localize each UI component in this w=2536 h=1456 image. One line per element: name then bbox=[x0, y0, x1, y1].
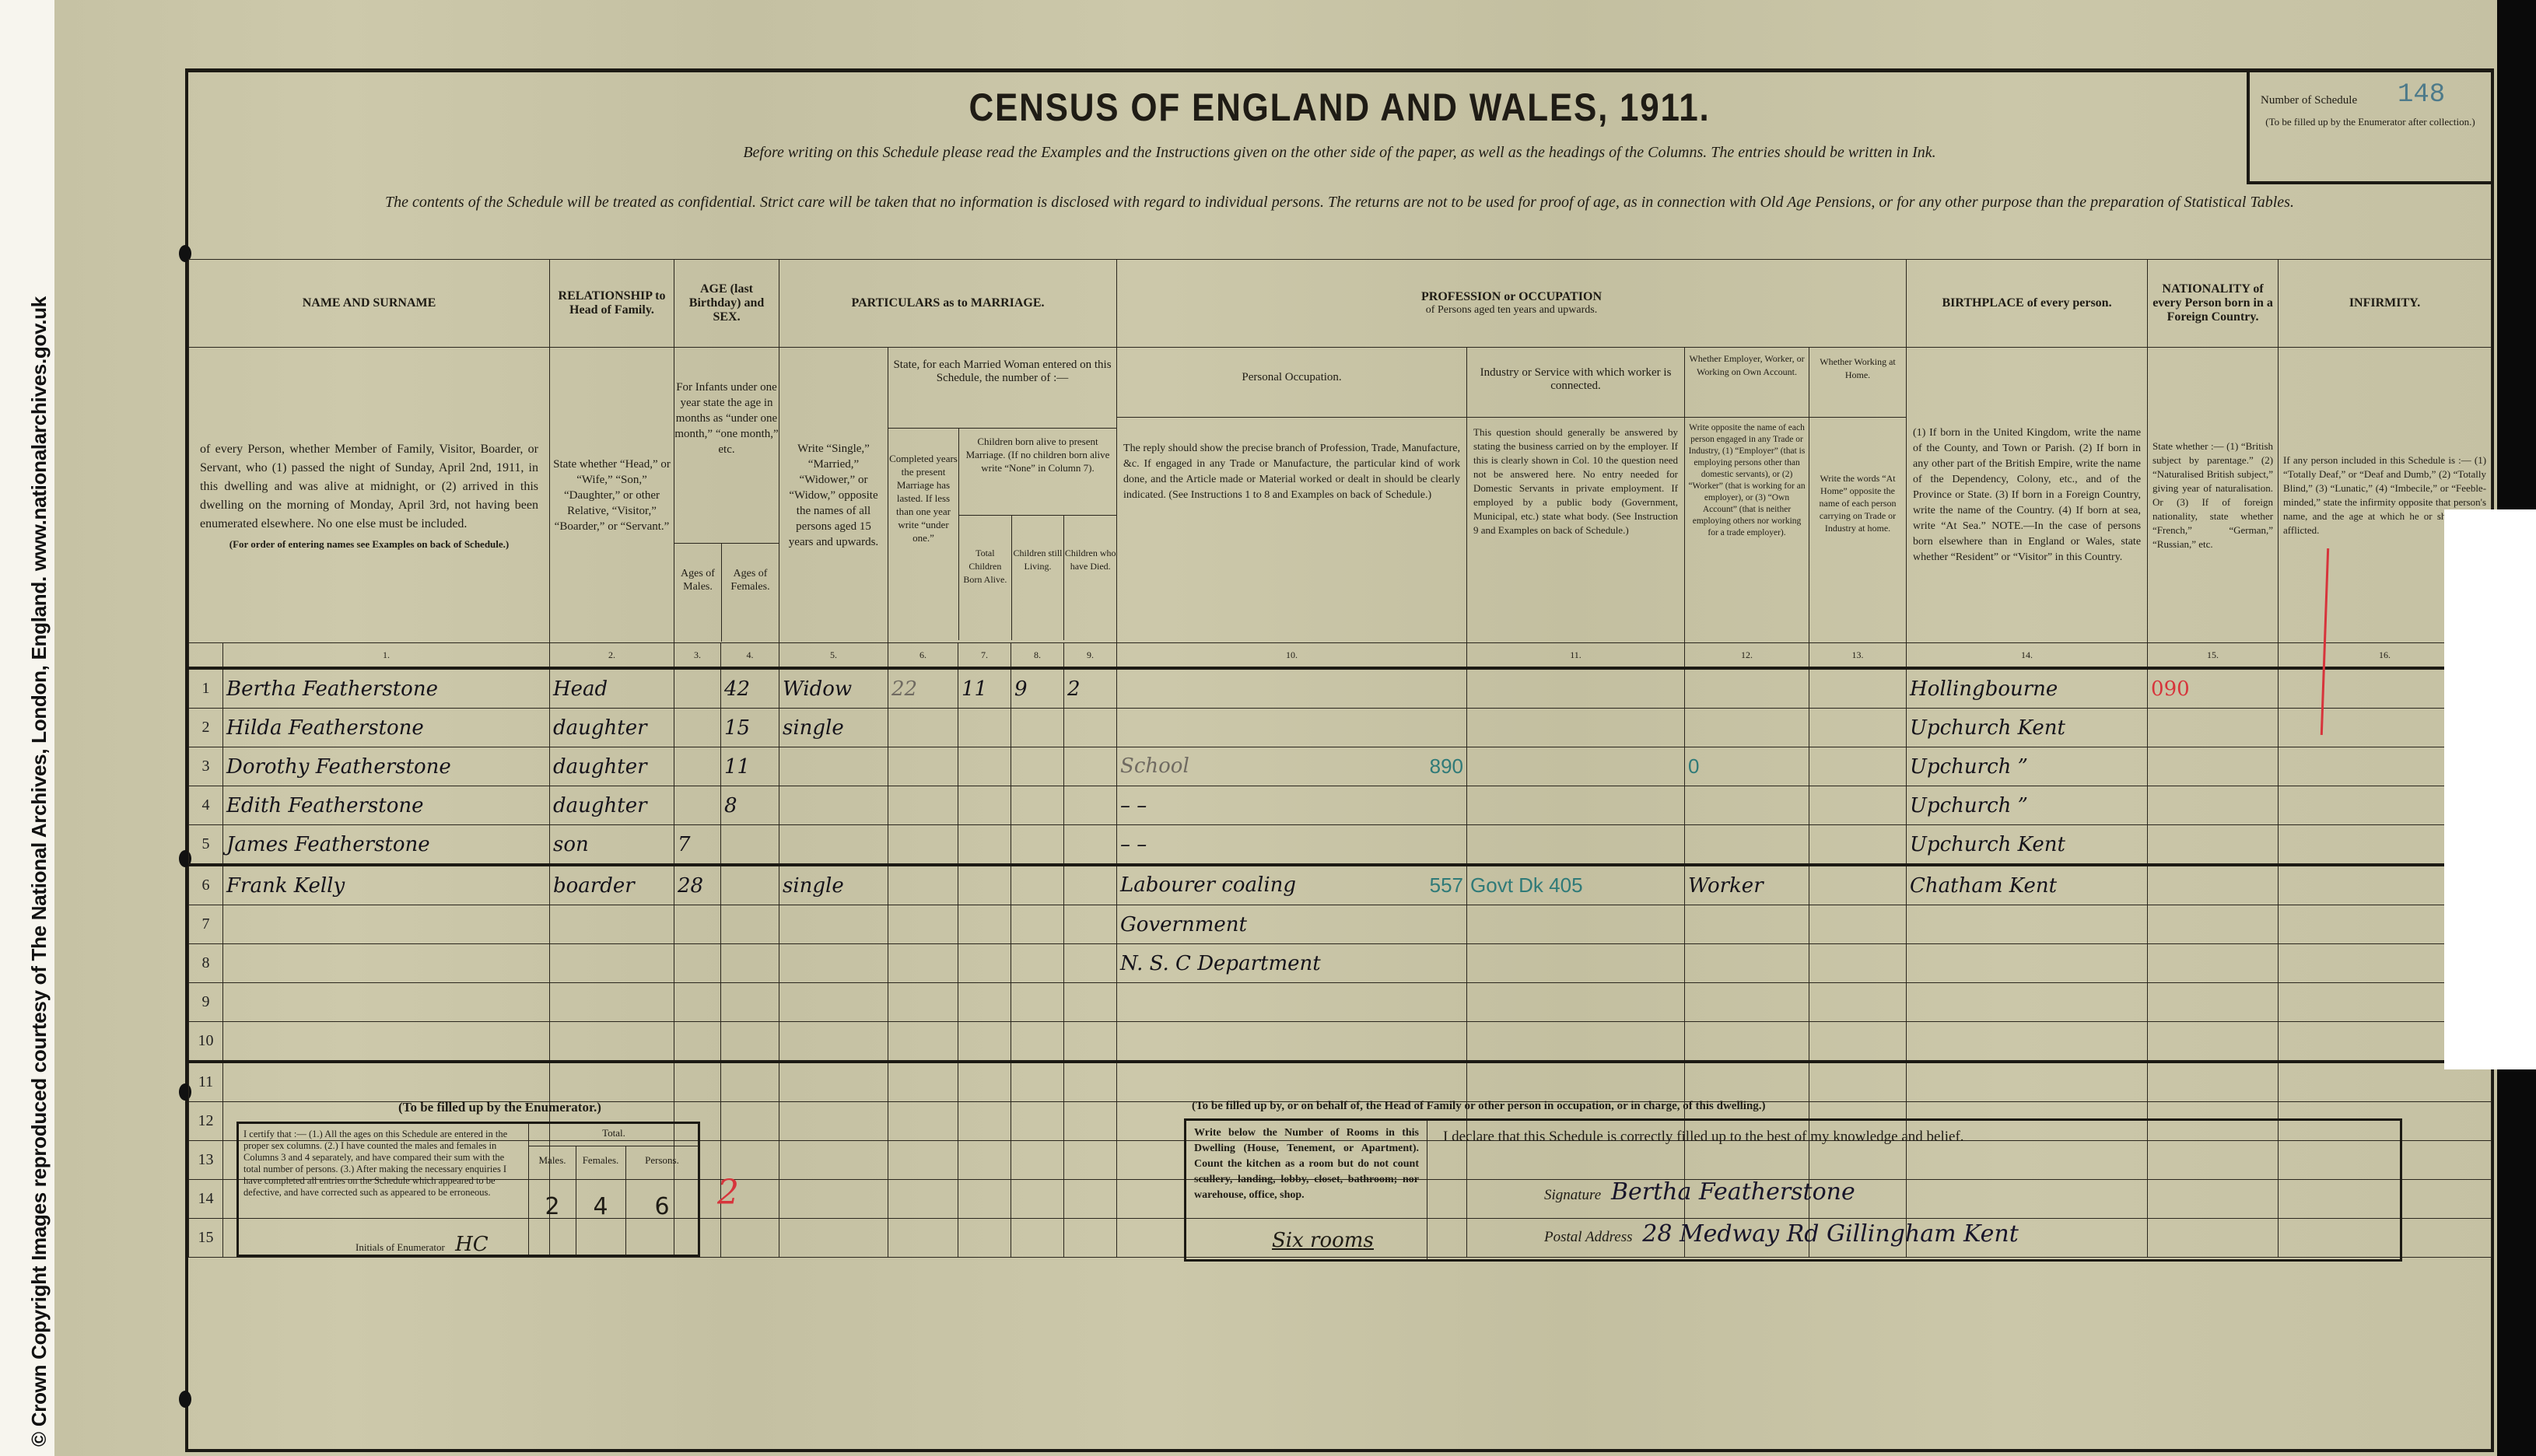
schedule-number-box: Number of Schedule 148 (To be filled up … bbox=[2247, 69, 2494, 184]
instructions-ink: Before writing on this Schedule please r… bbox=[188, 144, 2491, 162]
rooms-box: Write below the Number of Rooms in this … bbox=[1186, 1121, 1427, 1259]
nationality-cell bbox=[2148, 786, 2279, 825]
table-row: 9 bbox=[189, 983, 2492, 1022]
name-cell: Frank Kelly bbox=[223, 865, 550, 905]
column-number: 13. bbox=[1809, 643, 1907, 669]
industry-cell: Govt Dk 405 bbox=[1467, 865, 1685, 905]
nationality-cell bbox=[2148, 825, 2279, 866]
industry-cell bbox=[1467, 983, 1685, 1022]
census-document: CENSUS OF ENGLAND AND WALES, 1911. Befor… bbox=[54, 0, 2497, 1456]
nationality-cell bbox=[2148, 905, 2279, 944]
relationship-cell: Head bbox=[550, 668, 674, 709]
enumerator-box: I certify that :— (1.) All the ages on t… bbox=[236, 1122, 700, 1257]
name-note: (For order of entering names see Example… bbox=[200, 538, 538, 551]
children-born-cell bbox=[958, 905, 1011, 944]
age-female-cell bbox=[721, 944, 779, 983]
total-label: Total. bbox=[529, 1127, 699, 1139]
employer-cell bbox=[1685, 1022, 1809, 1062]
row-number: 10 bbox=[189, 1022, 223, 1062]
nationality-cell: 090 bbox=[2148, 668, 2279, 709]
postal-address-field: Postal Address 28 Medway Rd Gillingham K… bbox=[1544, 1220, 2019, 1248]
married-woman-instructions: State, for each Married Woman entered on… bbox=[888, 348, 1117, 643]
totals-box: Total. Males. 2 Females. 4 Persons. 6 bbox=[528, 1124, 699, 1255]
married-woman-desc: State, for each Married Woman entered on… bbox=[888, 348, 1116, 429]
nationality-cell bbox=[2148, 747, 2279, 786]
row-number: 1 bbox=[189, 668, 223, 709]
table-row: 1Bertha FeatherstoneHead42Widow221192Hol… bbox=[189, 668, 2492, 709]
birthplace-cell: Upchurch ” bbox=[1907, 747, 2148, 786]
marriage-years-cell bbox=[888, 944, 958, 983]
column-number: 10. bbox=[1117, 643, 1467, 669]
marriage-years-cell bbox=[888, 825, 958, 866]
children-living-cell bbox=[1011, 905, 1064, 944]
children-died-cell bbox=[1064, 905, 1117, 944]
marriage-years-cell bbox=[888, 983, 958, 1022]
children-died-cell: 2 bbox=[1064, 668, 1117, 709]
children-living-cell bbox=[1011, 747, 1064, 786]
declaration-text: I declare that this Schedule is correctl… bbox=[1443, 1129, 1964, 1146]
children-desc: Children born alive to present Marriage.… bbox=[959, 429, 1116, 516]
column-number: 5. bbox=[779, 643, 888, 669]
row-number: 6 bbox=[189, 865, 223, 905]
column-number: 3. bbox=[674, 643, 721, 669]
personal-occupation-desc: The reply should show the precise branch… bbox=[1117, 418, 1466, 527]
page-title: CENSUS OF ENGLAND AND WALES, 1911. bbox=[327, 85, 2353, 130]
condition-cell bbox=[779, 786, 888, 825]
red-mark: 2 bbox=[717, 1173, 739, 1213]
age-female-cell bbox=[721, 1022, 779, 1062]
females-value: 4 bbox=[576, 1193, 625, 1220]
age-female-cell: 15 bbox=[721, 709, 779, 747]
condition-cell bbox=[779, 825, 888, 866]
relationship-cell: boarder bbox=[550, 865, 674, 905]
age-male-cell bbox=[674, 944, 721, 983]
column-number: 4. bbox=[721, 643, 779, 669]
children-died-cell bbox=[1064, 709, 1117, 747]
name-cell: James Featherstone bbox=[223, 825, 550, 866]
home-cell bbox=[1809, 944, 1907, 983]
home-desc: Write the words “At Home” opposite the n… bbox=[1809, 418, 1906, 534]
children-died-cell bbox=[1064, 944, 1117, 983]
females-label: Females. bbox=[576, 1146, 625, 1167]
header-relationship: RELATIONSHIP to Head of Family. bbox=[550, 260, 674, 348]
nationality-cell bbox=[2148, 944, 2279, 983]
industry-cell bbox=[1467, 747, 1685, 786]
home-cell bbox=[1809, 1022, 1907, 1062]
header-birthplace: BIRTHPLACE of every person. bbox=[1907, 260, 2148, 348]
males-value: 2 bbox=[529, 1193, 576, 1220]
name-cell bbox=[223, 944, 550, 983]
occupation-cell: – – bbox=[1117, 825, 1467, 866]
employer-cell bbox=[1685, 709, 1809, 747]
children-died-cell bbox=[1064, 825, 1117, 866]
marriage-years-cell: 22 bbox=[888, 668, 958, 709]
name-desc: of every Person, whether Member of Famil… bbox=[200, 440, 538, 534]
persons-label: Persons. bbox=[625, 1146, 699, 1167]
birthplace-cell bbox=[1907, 1022, 2148, 1062]
age-males-label: Ages of Males. bbox=[674, 544, 722, 642]
occupation-text: School bbox=[1120, 754, 1189, 778]
row-number: 4 bbox=[189, 786, 223, 825]
table-row: 10 bbox=[189, 1022, 2492, 1062]
declaration-box: Write below the Number of Rooms in this … bbox=[1184, 1118, 2402, 1262]
age-females-label: Ages of Females. bbox=[722, 544, 779, 642]
industry-instructions: Industry or Service with which worker is… bbox=[1467, 348, 1685, 643]
age-female-cell bbox=[721, 825, 779, 866]
children-died-cell bbox=[1064, 983, 1117, 1022]
children-living-cell bbox=[1011, 786, 1064, 825]
column-number: 1. bbox=[223, 643, 550, 669]
occupation-cell: Government bbox=[1117, 905, 1467, 944]
employer-cell bbox=[1685, 825, 1809, 866]
marriage-years-cell bbox=[888, 747, 958, 786]
children-living-cell bbox=[1011, 1022, 1064, 1062]
relationship-cell: daughter bbox=[550, 786, 674, 825]
table-row: 4Edith Featherstonedaughter8– –Upchurch … bbox=[189, 786, 2492, 825]
column-number: 8. bbox=[1011, 643, 1064, 669]
schedule-frame: CENSUS OF ENGLAND AND WALES, 1911. Befor… bbox=[185, 68, 2494, 1452]
marriage-years-cell bbox=[888, 786, 958, 825]
age-female-cell bbox=[721, 865, 779, 905]
schedule-number-note: (To be filled up by the Enumerator after… bbox=[2256, 116, 2485, 128]
occupation-cell: School890 bbox=[1117, 747, 1467, 786]
relationship-cell bbox=[550, 983, 674, 1022]
occupation-cell bbox=[1117, 1022, 1467, 1062]
column-number: 12. bbox=[1685, 643, 1809, 669]
nationality-instructions: State whether :— (1) “British subject by… bbox=[2148, 348, 2279, 643]
home-cell bbox=[1809, 983, 1907, 1022]
children-born-cell bbox=[958, 825, 1011, 866]
condition-cell: single bbox=[779, 709, 888, 747]
age-male-cell bbox=[674, 1022, 721, 1062]
marriage-years-cell bbox=[888, 865, 958, 905]
age-male-cell: 7 bbox=[674, 825, 721, 866]
home-cell bbox=[1809, 786, 1907, 825]
persons-value: 6 bbox=[625, 1193, 699, 1220]
relationship-cell bbox=[550, 1022, 674, 1062]
personal-occupation-label: Personal Occupation. bbox=[1117, 348, 1466, 418]
age-male-cell bbox=[674, 709, 721, 747]
copyright-strip: © Crown Copyright Images reproduced cour… bbox=[0, 0, 54, 1456]
column-number: 9. bbox=[1064, 643, 1117, 669]
industry-cell bbox=[1467, 905, 1685, 944]
rooms-instructions: Write below the Number of Rooms in this … bbox=[1194, 1125, 1419, 1203]
address-label: Postal Address bbox=[1544, 1229, 1632, 1245]
age-male-cell bbox=[674, 786, 721, 825]
condition-cell: single bbox=[779, 865, 888, 905]
industry-cell bbox=[1467, 825, 1685, 866]
row-number: 7 bbox=[189, 905, 223, 944]
header-marriage: PARTICULARS as to MARRIAGE. bbox=[779, 260, 1117, 348]
table-row: 8N. S. C Department bbox=[189, 944, 2492, 983]
nationality-cell bbox=[2148, 709, 2279, 747]
name-cell bbox=[223, 983, 550, 1022]
occupation-title: PROFESSION or OCCUPATION bbox=[1120, 290, 1903, 304]
table-row: 3Dorothy Featherstonedaughter11School890… bbox=[189, 747, 2492, 786]
employer-cell: Worker bbox=[1685, 865, 1809, 905]
header-name: NAME AND SURNAME bbox=[189, 260, 550, 348]
age-male-cell bbox=[674, 668, 721, 709]
age-female-cell: 8 bbox=[721, 786, 779, 825]
home-cell bbox=[1809, 905, 1907, 944]
column-number: 6. bbox=[888, 643, 958, 669]
enumerator-initials-field: Initials of Enumerator HC bbox=[356, 1233, 489, 1256]
name-cell bbox=[223, 905, 550, 944]
age-female-cell bbox=[721, 905, 779, 944]
occupation-code: 890 bbox=[1430, 754, 1463, 779]
marriage-years-desc: Completed years the present Marriage has… bbox=[888, 429, 959, 640]
home-cell bbox=[1809, 747, 1907, 786]
children-living-cell bbox=[1011, 709, 1064, 747]
birthplace-cell bbox=[1907, 944, 2148, 983]
employer-cell bbox=[1685, 905, 1809, 944]
children-living-label: Children still Living. bbox=[1012, 516, 1065, 640]
footer-section: (To be filled up by the Enumerator.) I c… bbox=[188, 1087, 2491, 1449]
age-female-cell bbox=[721, 983, 779, 1022]
copyright-text: © Crown Copyright Images reproduced cour… bbox=[27, 296, 51, 1447]
personal-occupation-instructions: Personal Occupation. The reply should sh… bbox=[1117, 348, 1467, 643]
nationality-cell bbox=[2148, 865, 2279, 905]
employer-desc: Write opposite the name of each person e… bbox=[1685, 418, 1809, 544]
children-died-cell bbox=[1064, 1022, 1117, 1062]
relationship-cell: daughter bbox=[550, 709, 674, 747]
condition-cell bbox=[779, 983, 888, 1022]
name-cell: Edith Featherstone bbox=[223, 786, 550, 825]
age-desc: For Infants under one year state the age… bbox=[674, 348, 779, 543]
instructions-confidential: The contents of the Schedule will be tre… bbox=[212, 191, 2468, 214]
total-persons: Persons. 6 bbox=[625, 1146, 699, 1255]
name-cell: Hilda Featherstone bbox=[223, 709, 550, 747]
table-row: 6Frank Kellyboarder28singleLabourer coal… bbox=[189, 865, 2492, 905]
signature-label: Signature bbox=[1544, 1187, 1601, 1203]
birthplace-cell: Upchurch Kent bbox=[1907, 709, 2148, 747]
relationship-cell bbox=[550, 905, 674, 944]
column-number: 7. bbox=[958, 643, 1011, 669]
home-cell bbox=[1809, 668, 1907, 709]
children-born-cell bbox=[958, 944, 1011, 983]
employer-cell bbox=[1685, 668, 1809, 709]
signature-field: Signature Bertha Featherstone bbox=[1544, 1178, 1855, 1206]
nationality-cell bbox=[2148, 983, 2279, 1022]
children-died-label: Children who have Died. bbox=[1064, 516, 1116, 640]
head-of-family-title: (To be filled up by, or on behalf of, th… bbox=[1192, 1100, 1766, 1113]
table-row: 2Hilda Featherstonedaughter15singleUpchu… bbox=[189, 709, 2492, 747]
employer-cell: 0 bbox=[1685, 747, 1809, 786]
name-instructions: of every Person, whether Member of Famil… bbox=[189, 348, 550, 643]
birthplace-instructions: (1) If born in the United Kingdom, write… bbox=[1907, 348, 2148, 643]
occupation-cell bbox=[1117, 668, 1467, 709]
column-number: 2. bbox=[550, 643, 674, 669]
header-nationality: NATIONALITY of every Person born in a Fo… bbox=[2148, 260, 2279, 348]
children-born-cell bbox=[958, 865, 1011, 905]
employer-cell bbox=[1685, 944, 1809, 983]
enumerator-title: (To be filled up by the Enumerator.) bbox=[398, 1100, 601, 1115]
condition-cell bbox=[779, 905, 888, 944]
occupation-code: 557 bbox=[1430, 873, 1463, 898]
occupation-cell bbox=[1117, 983, 1467, 1022]
enumerator-certification: I certify that :— (1.) All the ages on t… bbox=[243, 1129, 524, 1199]
employer-instructions: Whether Employer, Worker, or Working on … bbox=[1685, 348, 1809, 643]
relationship-instructions: State whether “Head,” or “Wife,” “Son,” … bbox=[550, 348, 674, 643]
industry-label: Industry or Service with which worker is… bbox=[1467, 348, 1684, 418]
children-born-cell bbox=[958, 786, 1011, 825]
occupation-cell: Labourer coaling557 bbox=[1117, 865, 1467, 905]
row-number: 9 bbox=[189, 983, 223, 1022]
industry-desc: This question should generally be answer… bbox=[1467, 418, 1684, 545]
age-male-cell bbox=[674, 747, 721, 786]
header-occupation: PROFESSION or OCCUPATION of Persons aged… bbox=[1117, 260, 1907, 348]
birthplace-cell: Hollingbourne bbox=[1907, 668, 2148, 709]
children-living-cell: 9 bbox=[1011, 668, 1064, 709]
industry-cell bbox=[1467, 944, 1685, 983]
home-instructions: Whether Working at Home. Write the words… bbox=[1809, 348, 1907, 643]
condition-cell bbox=[779, 1022, 888, 1062]
nationality-cell bbox=[2148, 1022, 2279, 1062]
row-number: 8 bbox=[189, 944, 223, 983]
children-born-cell bbox=[958, 1022, 1011, 1062]
children-living-cell bbox=[1011, 983, 1064, 1022]
birthplace-cell: Upchurch ” bbox=[1907, 786, 2148, 825]
children-born-label: Total Children Born Alive. bbox=[959, 516, 1012, 640]
industry-cell bbox=[1467, 1022, 1685, 1062]
age-male-cell: 28 bbox=[674, 865, 721, 905]
marriage-years-cell bbox=[888, 1022, 958, 1062]
relationship-cell: daughter bbox=[550, 747, 674, 786]
birthplace-cell: Chatham Kent bbox=[1907, 865, 2148, 905]
header-age: AGE (last Birthday) and SEX. bbox=[674, 260, 779, 348]
schedule-number: 148 bbox=[2398, 80, 2445, 110]
occupation-text: Labourer coaling bbox=[1120, 873, 1296, 897]
employer-label: Whether Employer, Worker, or Working on … bbox=[1685, 348, 1809, 418]
initials-value: HC bbox=[455, 1233, 489, 1256]
age-male-cell bbox=[674, 905, 721, 944]
birthplace-cell bbox=[1907, 905, 2148, 944]
age-female-cell: 42 bbox=[721, 668, 779, 709]
home-label: Whether Working at Home. bbox=[1809, 348, 1906, 418]
condition-cell: Widow bbox=[779, 668, 888, 709]
header-infirmity: INFIRMITY. bbox=[2279, 260, 2492, 348]
marriage-years-cell bbox=[888, 709, 958, 747]
children-living-cell bbox=[1011, 825, 1064, 866]
total-females: Females. 4 bbox=[576, 1146, 626, 1255]
males-label: Males. bbox=[529, 1146, 576, 1167]
row-number: 3 bbox=[189, 747, 223, 786]
age-instructions: For Infants under one year state the age… bbox=[674, 348, 779, 643]
occupation-cell: N. S. C Department bbox=[1117, 944, 1467, 983]
column-numbers: 1. 2. 3. 4. 5. 6. 7. 8. 9. 10. 11. 12. 1… bbox=[189, 643, 2492, 669]
occupation-cell bbox=[1117, 709, 1467, 747]
row-number: 5 bbox=[189, 825, 223, 866]
column-number: 14. bbox=[1907, 643, 2148, 669]
name-cell: Bertha Featherstone bbox=[223, 668, 550, 709]
children-died-cell bbox=[1064, 865, 1117, 905]
employer-cell bbox=[1685, 786, 1809, 825]
relationship-cell bbox=[550, 944, 674, 983]
age-female-cell: 11 bbox=[721, 747, 779, 786]
total-males: Males. 2 bbox=[529, 1146, 576, 1255]
occupation-subtitle: of Persons aged ten years and upwards. bbox=[1120, 304, 1903, 317]
children-living-cell bbox=[1011, 944, 1064, 983]
address-value: 28 Medway Rd Gillingham Kent bbox=[1642, 1220, 2019, 1248]
occupation-cell: – – bbox=[1117, 786, 1467, 825]
column-number: 11. bbox=[1467, 643, 1685, 669]
initials-label: Initials of Enumerator bbox=[356, 1241, 445, 1253]
name-cell bbox=[223, 1022, 550, 1062]
children-born-cell bbox=[958, 709, 1011, 747]
children-died-cell bbox=[1064, 747, 1117, 786]
schedule-number-label: Number of Schedule bbox=[2261, 94, 2357, 107]
age-male-cell bbox=[674, 983, 721, 1022]
redacted-infirmity-column bbox=[2444, 509, 2536, 1069]
industry-cell bbox=[1467, 786, 1685, 825]
birthplace-cell bbox=[1907, 983, 2148, 1022]
children-born-cell bbox=[958, 983, 1011, 1022]
table-row: 7Government bbox=[189, 905, 2492, 944]
condition-cell bbox=[779, 944, 888, 983]
children-born-cell bbox=[958, 747, 1011, 786]
column-number: 15. bbox=[2148, 643, 2279, 669]
rooms-value: Six rooms bbox=[1272, 1233, 1374, 1250]
home-cell bbox=[1809, 825, 1907, 866]
children-born-cell: 11 bbox=[958, 668, 1011, 709]
condition-cell bbox=[779, 747, 888, 786]
children-died-cell bbox=[1064, 786, 1117, 825]
industry-cell bbox=[1467, 668, 1685, 709]
industry-cell bbox=[1467, 709, 1685, 747]
table-row: 5James Featherstoneson7– –Upchurch Kent bbox=[189, 825, 2492, 866]
signature-value: Bertha Featherstone bbox=[1611, 1178, 1855, 1206]
relationship-cell: son bbox=[550, 825, 674, 866]
marriage-years-cell bbox=[888, 905, 958, 944]
row-number: 2 bbox=[189, 709, 223, 747]
birthplace-cell: Upchurch Kent bbox=[1907, 825, 2148, 866]
home-cell bbox=[1809, 709, 1907, 747]
home-cell bbox=[1809, 865, 1907, 905]
condition-instructions: Write “Single,” “Married,” “Widower,” or… bbox=[779, 348, 888, 643]
name-cell: Dorothy Featherstone bbox=[223, 747, 550, 786]
employer-cell bbox=[1685, 983, 1809, 1022]
children-living-cell bbox=[1011, 865, 1064, 905]
